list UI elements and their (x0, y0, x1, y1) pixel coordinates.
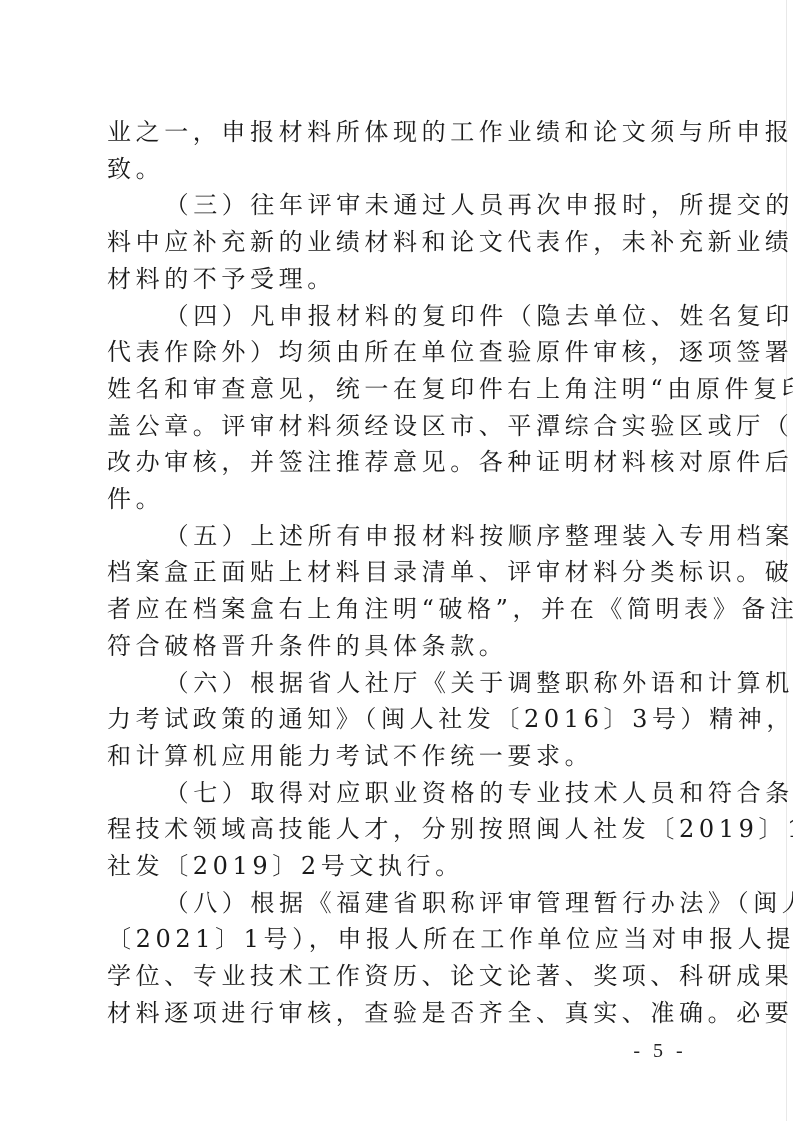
text-line: 符合破格晋升条件的具体条款。 (107, 628, 687, 665)
text-line: 姓名和审查意见，统一在复印件右上角注明“由原件复印”并加 (107, 371, 687, 408)
text-line: 业之一，申报材料所体现的工作业绩和论文须与所申报专业一 (107, 114, 687, 151)
text-line: （六）根据省人社厅《关于调整职称外语和计算机应用能 (107, 665, 687, 702)
text-line: 学位、专业技术工作资历、论文论著、奖项、科研成果等申报 (107, 958, 687, 995)
text-line: 力考试政策的通知》（闽人社发〔2016〕3号）精神，职称外语 (107, 701, 687, 738)
paragraph-item-4: （四）凡申报材料的复印件（隐去单位、姓名复印的论文 代表作除外）均须由所在单位查… (107, 298, 687, 518)
document-body: 业之一，申报材料所体现的工作业绩和论文须与所申报专业一 致。 （三）往年评审未通… (107, 114, 687, 1032)
page-number: - 5 - (630, 1040, 690, 1063)
paragraph-item-3: （三）往年评审未通过人员再次申报时，所提交的申报材 料中应补充新的业绩材料和论文… (107, 187, 687, 297)
text-line: （七）取得对应职业资格的专业技术人员和符合条件的工 (107, 775, 687, 812)
text-line: 材料的不予受理。 (107, 261, 687, 298)
text-line: 社发〔2019〕2号文执行。 (107, 848, 687, 885)
text-line: 改办审核，并签注推荐意见。各种证明材料核对原件后留复印 (107, 444, 687, 481)
paragraph-continuation: 业之一，申报材料所体现的工作业绩和论文须与所申报专业一 致。 (107, 114, 687, 187)
paragraph-item-5: （五）上述所有申报材料按顺序整理装入专用档案盒，在 档案盒正面贴上材料目录清单、… (107, 518, 687, 665)
text-line: 致。 (107, 151, 687, 188)
text-line: 者应在档案盒右上角注明“破格”，并在《简明表》备注栏注明 (107, 591, 687, 628)
text-line: 和计算机应用能力考试不作统一要求。 (107, 738, 687, 775)
text-line: 档案盒正面贴上材料目录清单、评审材料分类标识。破格申报 (107, 554, 687, 591)
text-line: 盖公章。评审材料须经设区市、平潭综合实验区或厅（局）职 (107, 408, 687, 445)
text-line: 〔2021〕1号），申报人所在工作单位应当对申报人提交的学历、 (107, 921, 687, 958)
paragraph-item-7: （七）取得对应职业资格的专业技术人员和符合条件的工 程技术领域高技能人才，分别按… (107, 775, 687, 885)
text-line: （八）根据《福建省职称评审管理暂行办法》（闽人社发 (107, 885, 687, 922)
paragraph-item-6: （六）根据省人社厅《关于调整职称外语和计算机应用能 力考试政策的通知》（闽人社发… (107, 665, 687, 775)
text-line: 件。 (107, 481, 687, 518)
text-line: 程技术领域高技能人才，分别按照闽人社发〔2019〕1号和闽人 (107, 811, 687, 848)
text-line: （三）往年评审未通过人员再次申报时，所提交的申报材 (107, 187, 687, 224)
paragraph-item-8: （八）根据《福建省职称评审管理暂行办法》（闽人社发 〔2021〕1号），申报人所… (107, 885, 687, 1032)
document-page: 业之一，申报材料所体现的工作业绩和论文须与所申报专业一 致。 （三）往年评审未通… (0, 0, 793, 1121)
text-line: 料中应补充新的业绩材料和论文代表作，未补充新业绩和论文 (107, 224, 687, 261)
text-line: 代表作除外）均须由所在单位查验原件审核，逐项签署核对人 (107, 334, 687, 371)
text-line: 材料逐项进行审核，查验是否齐全、真实、准确。必要时，成 (107, 995, 687, 1032)
text-line: （五）上述所有申报材料按顺序整理装入专用档案盒，在 (107, 518, 687, 555)
text-line: （四）凡申报材料的复印件（隐去单位、姓名复印的论文 (107, 298, 687, 335)
